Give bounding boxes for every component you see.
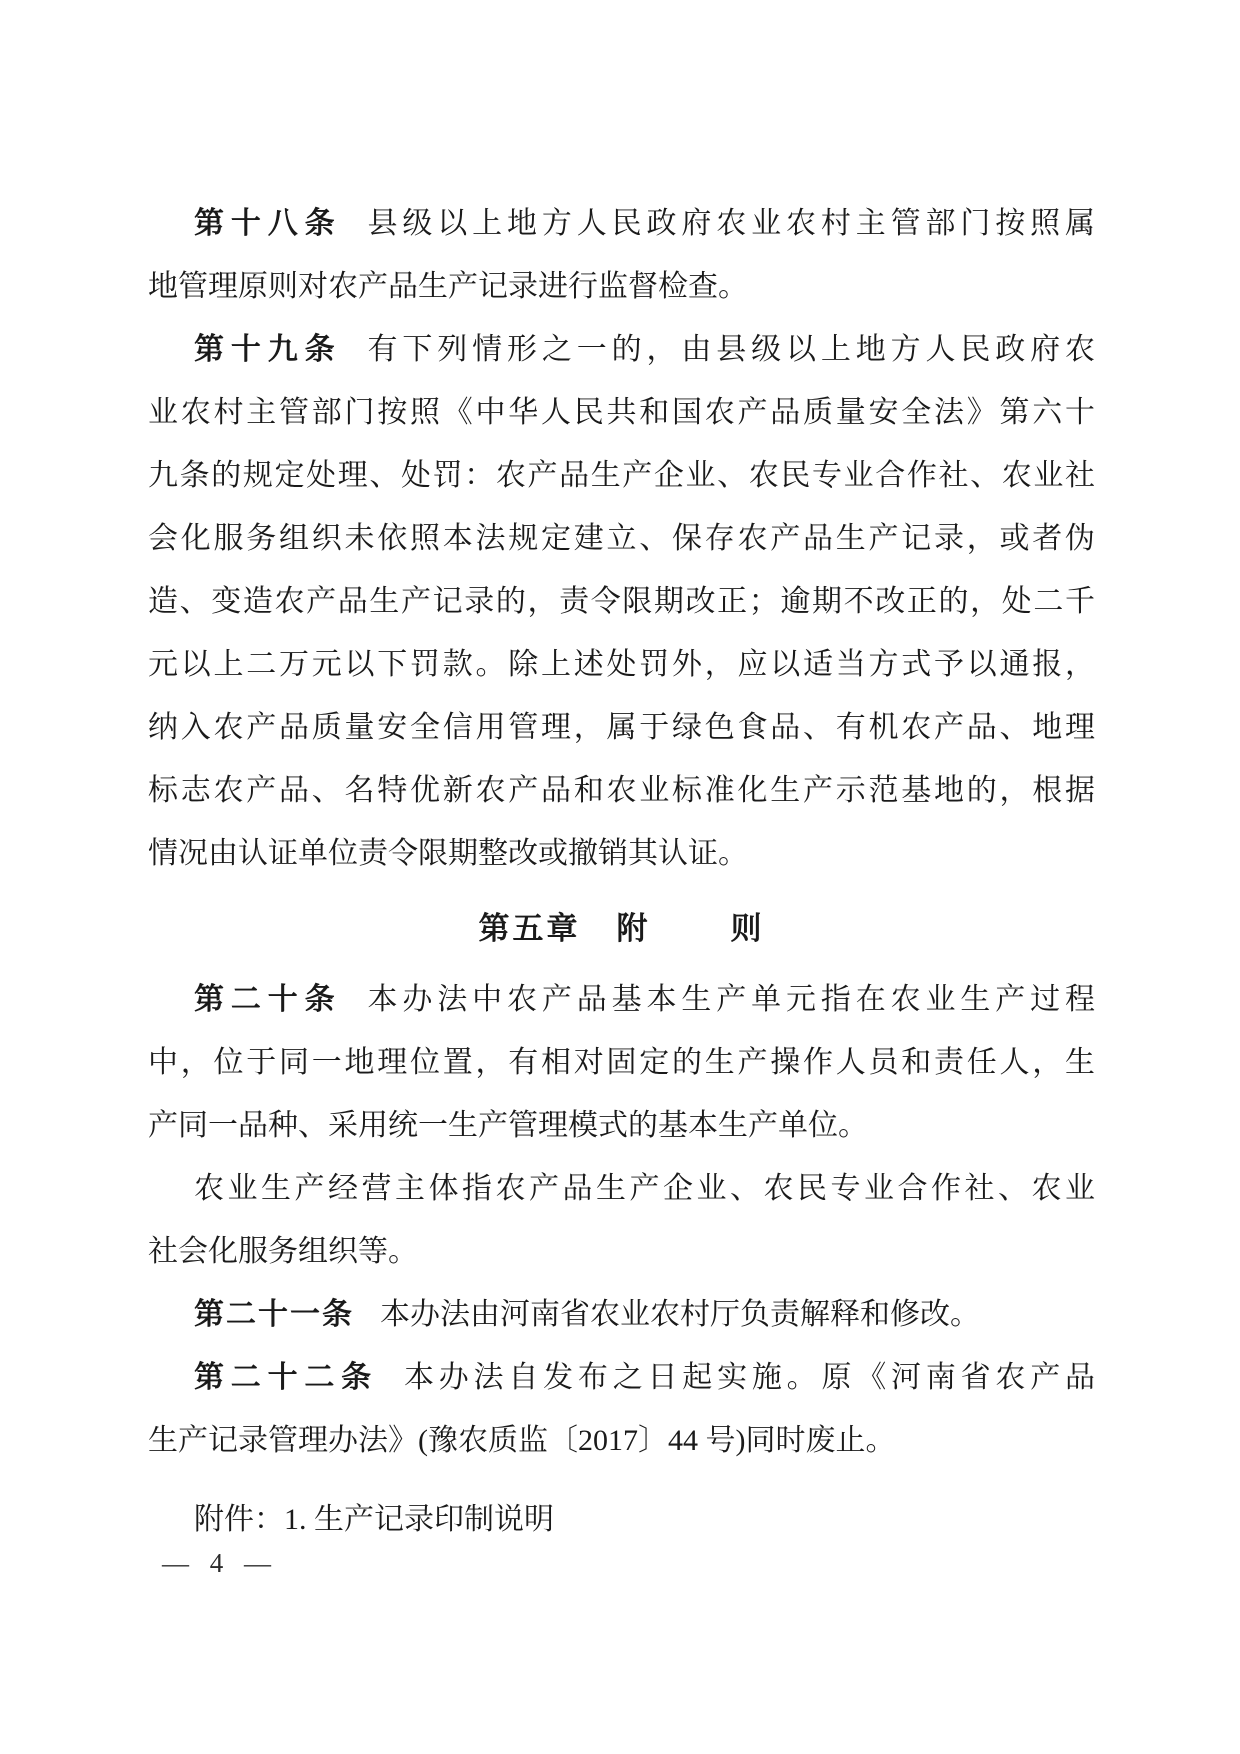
text-line: 会化服务组织未依照本法规定建立、保存农产品生产记录，或者伪 [148, 507, 1095, 570]
text-line: 中，位于同一地理位置，有相对固定的生产操作人员和责任人，生 [148, 1031, 1095, 1094]
text-line: 农业生产经营主体指农产品生产企业、农民专业合作社、农业 [148, 1157, 1095, 1220]
line-text: 中，位于同一地理位置，有相对固定的生产操作人员和责任人，生 [148, 1046, 1095, 1079]
page-number: — 4 — [162, 1548, 273, 1579]
article-20: 第二十条本办法中农产品基本生产单元指在农业生产过程中，位于同一地理位置，有相对固… [148, 968, 1095, 1157]
line-text: 本办法由河南省农业农村厅负责解释和修改。 [380, 1298, 980, 1331]
line-text: 元以上二万元以下罚款。除上述处罚外，应以适当方式予以通报， [148, 648, 1095, 681]
text-line: 元以上二万元以下罚款。除上述处罚外，应以适当方式予以通报， [148, 633, 1095, 696]
text-line: 业农村主管部门按照《中华人民共和国农产品质量安全法》第六十 [148, 381, 1095, 444]
text-line: 社会化服务组织等。 [148, 1220, 1095, 1283]
text-line: 标志农产品、名特优新农产品和农业标准化生产示范基地的，根据 [148, 759, 1095, 822]
text-line: 第二十二条本办法自发布之日起实施。原《河南省农产品 [148, 1346, 1095, 1409]
chapter-5-heading: 第五章附则 [148, 897, 1095, 960]
text-line: 生产记录管理办法》(豫农质监〔2017〕44 号)同时废止。 [148, 1409, 1095, 1472]
line-text: 产同一品种、采用统一生产管理模式的基本生产单位。 [148, 1109, 868, 1142]
line-text: 造、变造农产品生产记录的，责令限期改正；逾期不改正的，处二千 [148, 585, 1095, 618]
line-text: 有下列情形之一的，由县级以上地方人民政府农 [368, 333, 1096, 366]
text-line: 第十八条县级以上地方人民政府农业农村主管部门按照属 [148, 192, 1095, 255]
line-text: 九条的规定处理、处罚：农产品生产企业、农民专业合作社、农业社 [148, 459, 1095, 492]
text-line: 附件：1. 生产记录印制说明 [148, 1488, 1095, 1551]
chapter-heading-part: 第五章 [479, 897, 581, 960]
article-21: 第二十一条本办法由河南省农业农村厅负责解释和修改。 [148, 1283, 1095, 1346]
page-number-label: — 4 — [162, 1548, 273, 1578]
text-line: 九条的规定处理、处罚：农产品生产企业、农民专业合作社、农业社 [148, 444, 1095, 507]
line-text: 农业生产经营主体指农产品生产企业、农民专业合作社、农业 [194, 1172, 1095, 1205]
article-19: 第十九条有下列情形之一的，由县级以上地方人民政府农业农村主管部门按照《中华人民共… [148, 318, 1095, 885]
article-number: 第二十一条 [194, 1298, 354, 1331]
article-number: 第二十条 [194, 983, 342, 1016]
line-text: 本办法中农产品基本生产单元指在农业生产过程 [368, 983, 1096, 1016]
attachment-note: 附件：1. 生产记录印制说明 [148, 1488, 1095, 1551]
text-line: 产同一品种、采用统一生产管理模式的基本生产单位。 [148, 1094, 1095, 1157]
article-number: 第二十二条 [194, 1361, 378, 1394]
document-body: 第十八条县级以上地方人民政府农业农村主管部门按照属地管理原则对农产品生产记录进行… [0, 0, 1240, 1551]
line-text: 县级以上地方人民政府农业农村主管部门按照属 [368, 207, 1096, 240]
line-text: 会化服务组织未依照本法规定建立、保存农产品生产记录，或者伪 [148, 522, 1095, 555]
line-text: 情况由认证单位责令限期整改或撤销其认证。 [148, 837, 748, 870]
article-number: 第十九条 [194, 333, 342, 366]
line-text: 生产记录管理办法》(豫农质监〔2017〕44 号)同时废止。 [148, 1424, 895, 1457]
text-line: 第十九条有下列情形之一的，由县级以上地方人民政府农 [148, 318, 1095, 381]
article-20-paragraph-2: 农业生产经营主体指农产品生产企业、农民专业合作社、农业社会化服务组织等。 [148, 1157, 1095, 1283]
article-22: 第二十二条本办法自发布之日起实施。原《河南省农产品生产记录管理办法》(豫农质监〔… [148, 1346, 1095, 1472]
text-line: 第二十一条本办法由河南省农业农村厅负责解释和修改。 [148, 1283, 1095, 1346]
text-line: 第二十条本办法中农产品基本生产单元指在农业生产过程 [148, 968, 1095, 1031]
line-text: 社会化服务组织等。 [148, 1235, 418, 1268]
document-page: 第十八条县级以上地方人民政府农业农村主管部门按照属地管理原则对农产品生产记录进行… [0, 0, 1240, 1754]
line-text: 本办法自发布之日起实施。原《河南省农产品 [404, 1361, 1095, 1394]
chapter-heading-part: 附 [617, 897, 651, 960]
line-text: 纳入农产品质量安全信用管理，属于绿色食品、有机农产品、地理 [148, 711, 1095, 744]
line-text: 地管理原则对农产品生产记录进行监督检查。 [148, 270, 748, 303]
text-line: 情况由认证单位责令限期整改或撤销其认证。 [148, 822, 1095, 885]
article-18: 第十八条县级以上地方人民政府农业农村主管部门按照属地管理原则对农产品生产记录进行… [148, 192, 1095, 318]
text-line: 地管理原则对农产品生产记录进行监督检查。 [148, 255, 1095, 318]
text-line: 纳入农产品质量安全信用管理，属于绿色食品、有机农产品、地理 [148, 696, 1095, 759]
line-text: 业农村主管部门按照《中华人民共和国农产品质量安全法》第六十 [148, 396, 1095, 429]
line-text: 标志农产品、名特优新农产品和农业标准化生产示范基地的，根据 [148, 774, 1095, 807]
chapter-heading-part: 则 [731, 897, 765, 960]
article-number: 第十八条 [194, 207, 342, 240]
line-text: 附件：1. 生产记录印制说明 [194, 1503, 554, 1536]
text-line: 造、变造农产品生产记录的，责令限期改正；逾期不改正的，处二千 [148, 570, 1095, 633]
